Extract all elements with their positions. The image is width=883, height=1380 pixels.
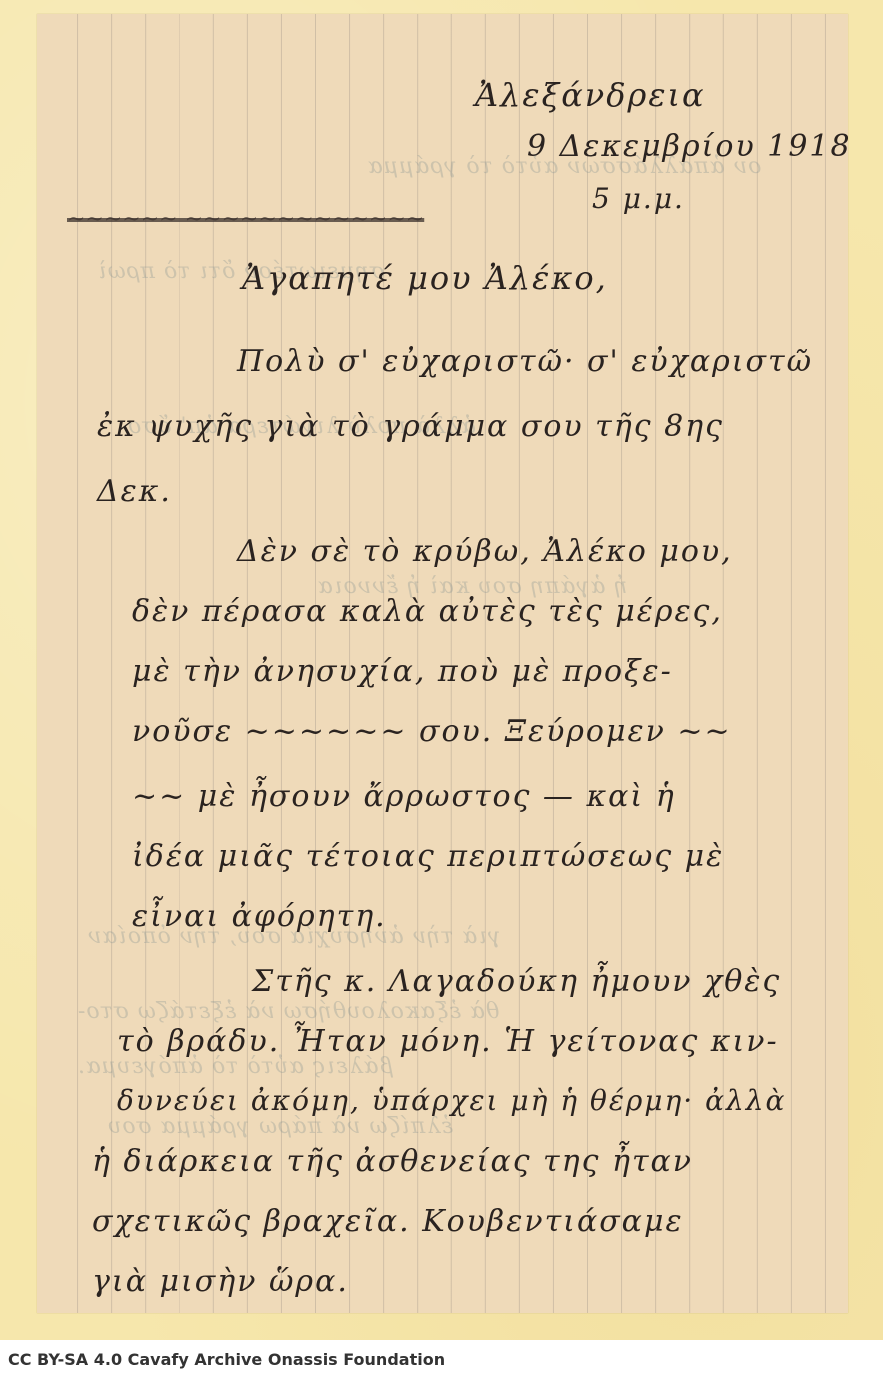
letter-body-line: γιὰ μισὴν ὥρα. (92, 1264, 349, 1299)
license-credit: CC BY-SA 4.0 Cavafy Archive Onassis Foun… (8, 1350, 445, 1369)
letter-time: 5 μ.μ. (592, 182, 685, 215)
letter-body-line: ἡ διάρκεια τῆς ἀσθενείας της ἦταν (92, 1144, 693, 1179)
letter-place: Ἀλεξάνδρεια (475, 76, 706, 114)
letter-body-line: Πολὺ σ' εὐχαριστῶ· σ' εὐχαριστῶ (237, 344, 813, 379)
letter-sheet: ον ἀπαλλάσσων αὐτὸ τὸ γράμμα σημειωτέον … (37, 14, 848, 1313)
letter-body-line: Δεκ. (97, 474, 172, 509)
letter-body-line: ἰδέα μιᾶς τέτοιας περιπτώσεως μὲ (132, 839, 724, 874)
struck-out-text: ~~~~~~ ~~~~~~~~~~~~~ (67, 207, 424, 232)
letter-body-line: τὸ βράδυ. Ἦταν μόνη. Ἡ γείτονας κιν- (117, 1024, 779, 1059)
letter-body-line: δυνεύει ἀκόμη, ὑπάρχει μὴ ἡ θέρμη· ἀλλὰ (117, 1084, 786, 1117)
bleed-through-text: ἐλπίζω νὰ πάρω γράμμα σου (107, 1114, 453, 1139)
letter-salutation: Ἀγαπητέ μου Ἀλέκο, (242, 259, 608, 297)
letter-body-line: σχετικῶς βραχεῖα. Κουβεντιάσαμε (92, 1204, 684, 1239)
letter-body-line: δὲν πέρασα καλὰ αὐτὲς τὲς μέρες, (132, 594, 723, 629)
letter-body-line: μὲ τὴν ἀνησυχία, ποὺ μὲ προξε- (132, 654, 673, 689)
bleed-through-text: θὰ ἐξακολουθήσω νὰ ἐξετάζω στο- (77, 999, 499, 1024)
letter-body-line: Στῆς κ. Λαγαδούκη ἦμουν χθὲς (252, 964, 781, 999)
letter-body-line: ~~ μὲ ἦσουν ἄρρωστος — καὶ ἡ (132, 779, 676, 814)
letter-date: 9 Δεκεμβρίου 1918 (527, 129, 848, 164)
letter-body-line: Δὲν σὲ τὸ κρύβω, Ἀλέκο μου, (237, 534, 733, 569)
letter-body-line: νοῦσε ~~~~~~ σου. Ξεύρομεν ~~ (132, 714, 732, 749)
letter-body-line: εἶναι ἀφόρητη. (132, 899, 387, 934)
letter-body-line: ἐκ ψυχῆς γιὰ τὸ γράμμα σου τῆς 8ης (97, 409, 724, 444)
